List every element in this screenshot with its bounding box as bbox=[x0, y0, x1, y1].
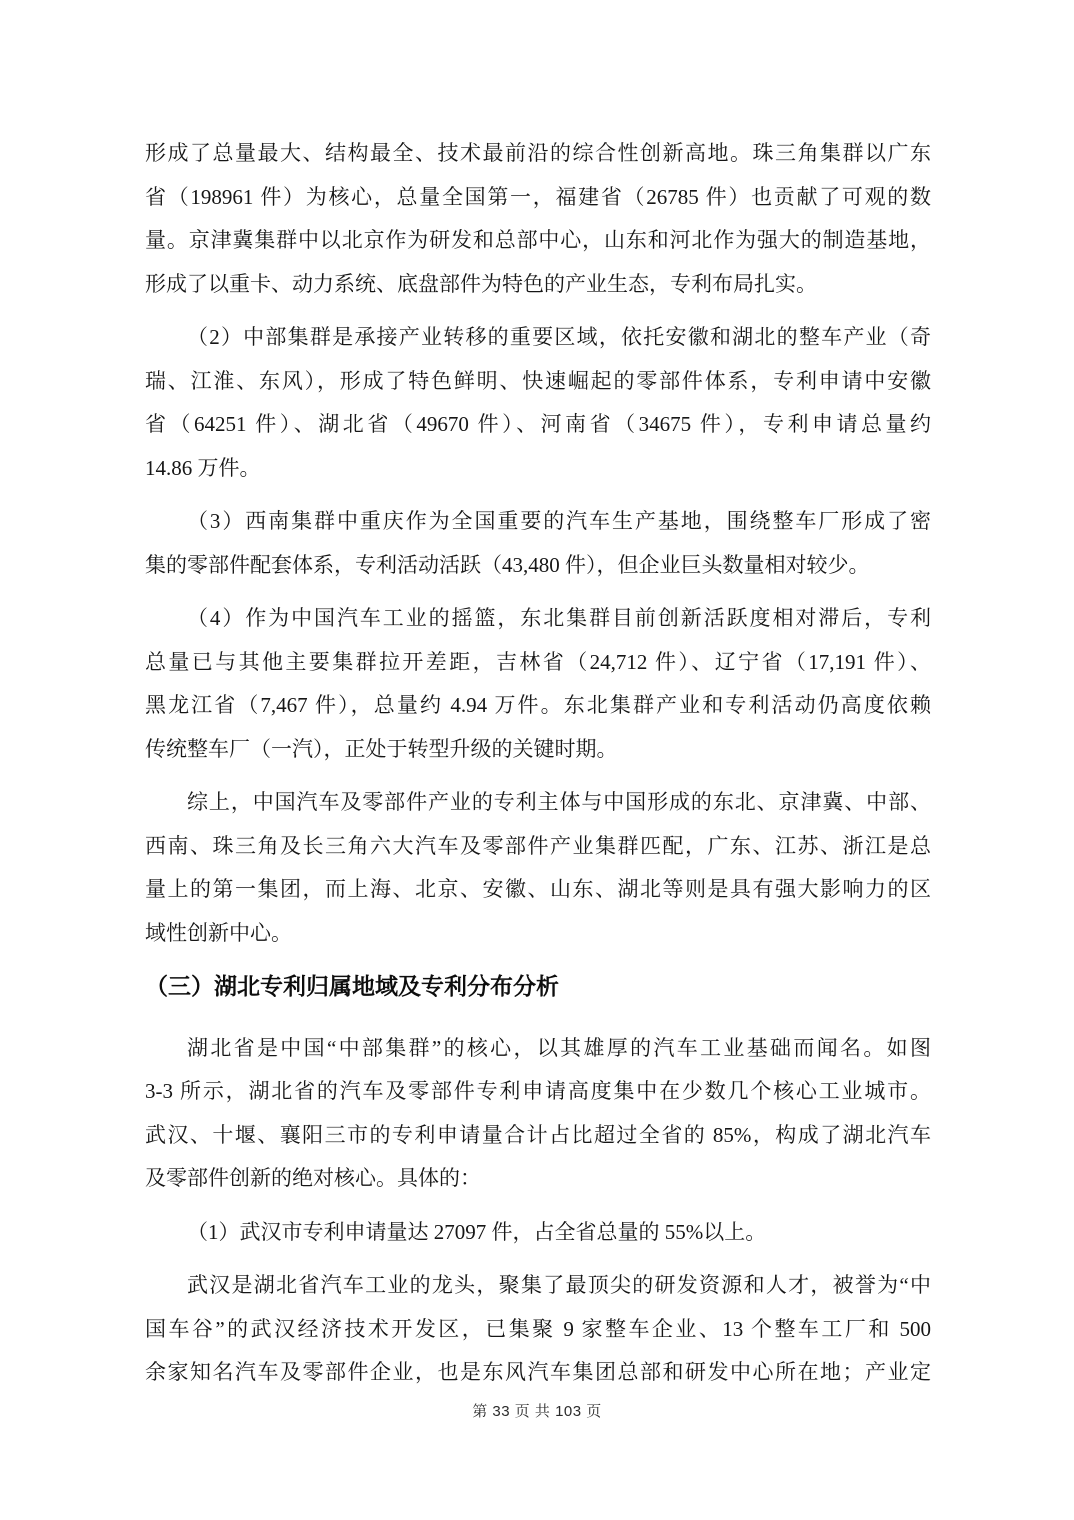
paragraph-line: 省（198961 件）为核心，总量全国第一，福建省（26785 件）也贡献了可观… bbox=[145, 176, 931, 220]
paragraph: 武汉是湖北省汽车工业的龙头，聚集了最顶尖的研发资源和人才，被誉为“中国车谷”的武… bbox=[145, 1264, 931, 1395]
paragraph-line: 14.86 万件。 bbox=[145, 447, 931, 491]
paragraph: 湖北省是中国“中部集群”的核心，以其雄厚的汽车工业基础而闻名。如图3-3 所示，… bbox=[145, 1027, 931, 1201]
paragraph-line: （2）中部集群是承接产业转移的重要区域，依托安徽和湖北的整车产业（奇 bbox=[145, 316, 931, 360]
paragraph: 综上，中国汽车及零部件产业的专利主体与中国形成的东北、京津冀、中部、西南、珠三角… bbox=[145, 781, 931, 955]
paragraph-line: 量上的第一集团，而上海、北京、安徽、山东、湖北等则是具有强大影响力的区 bbox=[145, 868, 931, 912]
paragraph-line: 余家知名汽车及零部件企业，也是东风汽车集团总部和研发中心所在地；产业定 bbox=[145, 1351, 931, 1395]
paragraph-line: 传统整车厂（一汽），正处于转型升级的关键时期。 bbox=[145, 728, 931, 772]
paragraph-line: 西南、珠三角及长三角六大汽车及零部件产业集群匹配，广东、江苏、浙江是总 bbox=[145, 825, 931, 869]
paragraph: （1）武汉市专利申请量达 27097 件，占全省总量的 55%以上。 bbox=[145, 1211, 931, 1255]
paragraph-line: （3）西南集群中重庆作为全国重要的汽车生产基地，围绕整车厂形成了密 bbox=[145, 500, 931, 544]
paragraph-line: 总量已与其他主要集群拉开差距，吉林省（24,712 件）、辽宁省（17,191 … bbox=[145, 641, 931, 685]
document-content: 形成了总量最大、结构最全、技术最前沿的综合性创新高地。珠三角集群以广东省（198… bbox=[145, 132, 931, 1405]
paragraph-line: 省（64251 件）、湖北省（49670 件）、河南省（34675 件），专利申… bbox=[145, 403, 931, 447]
paragraph-line: 武汉、十堰、襄阳三市的专利申请量合计占比超过全省的 85%，构成了湖北汽车 bbox=[145, 1114, 931, 1158]
paragraph-line: 黑龙江省（7,467 件），总量约 4.94 万件。东北集群产业和专利活动仍高度… bbox=[145, 684, 931, 728]
paragraph-line: 及零部件创新的绝对核心。具体的： bbox=[145, 1157, 931, 1201]
paragraph-line: 武汉是湖北省汽车工业的龙头，聚集了最顶尖的研发资源和人才，被誉为“中 bbox=[145, 1264, 931, 1308]
paragraph-line: 域性创新中心。 bbox=[145, 912, 931, 956]
paragraph-line: （4）作为中国汽车工业的摇篮，东北集群目前创新活跃度相对滞后，专利 bbox=[145, 597, 931, 641]
paragraph-line: （1）武汉市专利申请量达 27097 件，占全省总量的 55%以上。 bbox=[145, 1211, 931, 1255]
section-heading: （三）湖北专利归属地域及专利分布分析 bbox=[145, 965, 931, 1009]
page-number-text: 第 33 页 共 103 页 bbox=[472, 1403, 602, 1420]
paragraph: （2）中部集群是承接产业转移的重要区域，依托安徽和湖北的整车产业（奇瑞、江淮、东… bbox=[145, 316, 931, 490]
paragraph: （3）西南集群中重庆作为全国重要的汽车生产基地，围绕整车厂形成了密集的零部件配套… bbox=[145, 500, 931, 587]
paragraph-line: 国车谷”的武汉经济技术开发区，已集聚 9 家整车企业、13 个整车工厂和 500 bbox=[145, 1308, 931, 1352]
paragraph-line: 量。京津冀集群中以北京作为研发和总部中心，山东和河北作为强大的制造基地， bbox=[145, 219, 931, 263]
paragraph-line: 湖北省是中国“中部集群”的核心，以其雄厚的汽车工业基础而闻名。如图 bbox=[145, 1027, 931, 1071]
document-page: 形成了总量最大、结构最全、技术最前沿的综合性创新高地。珠三角集群以广东省（198… bbox=[0, 0, 1074, 1520]
paragraph-line: 瑞、江淮、东风），形成了特色鲜明、快速崛起的零部件体系，专利申请中安徽 bbox=[145, 360, 931, 404]
page-footer: 第 33 页 共 103 页 bbox=[0, 1400, 1074, 1421]
paragraph-line: 3-3 所示，湖北省的汽车及零部件专利申请高度集中在少数几个核心工业城市。 bbox=[145, 1070, 931, 1114]
paragraph: （4）作为中国汽车工业的摇篮，东北集群目前创新活跃度相对滞后，专利总量已与其他主… bbox=[145, 597, 931, 771]
paragraph-line: 形成了总量最大、结构最全、技术最前沿的综合性创新高地。珠三角集群以广东 bbox=[145, 132, 931, 176]
paragraph: 形成了总量最大、结构最全、技术最前沿的综合性创新高地。珠三角集群以广东省（198… bbox=[145, 132, 931, 306]
paragraph-line: 综上，中国汽车及零部件产业的专利主体与中国形成的东北、京津冀、中部、 bbox=[145, 781, 931, 825]
paragraph-line: 集的零部件配套体系，专利活动活跃（43,480 件），但企业巨头数量相对较少。 bbox=[145, 544, 931, 588]
paragraph-line: 形成了以重卡、动力系统、底盘部件为特色的产业生态，专利布局扎实。 bbox=[145, 263, 931, 307]
